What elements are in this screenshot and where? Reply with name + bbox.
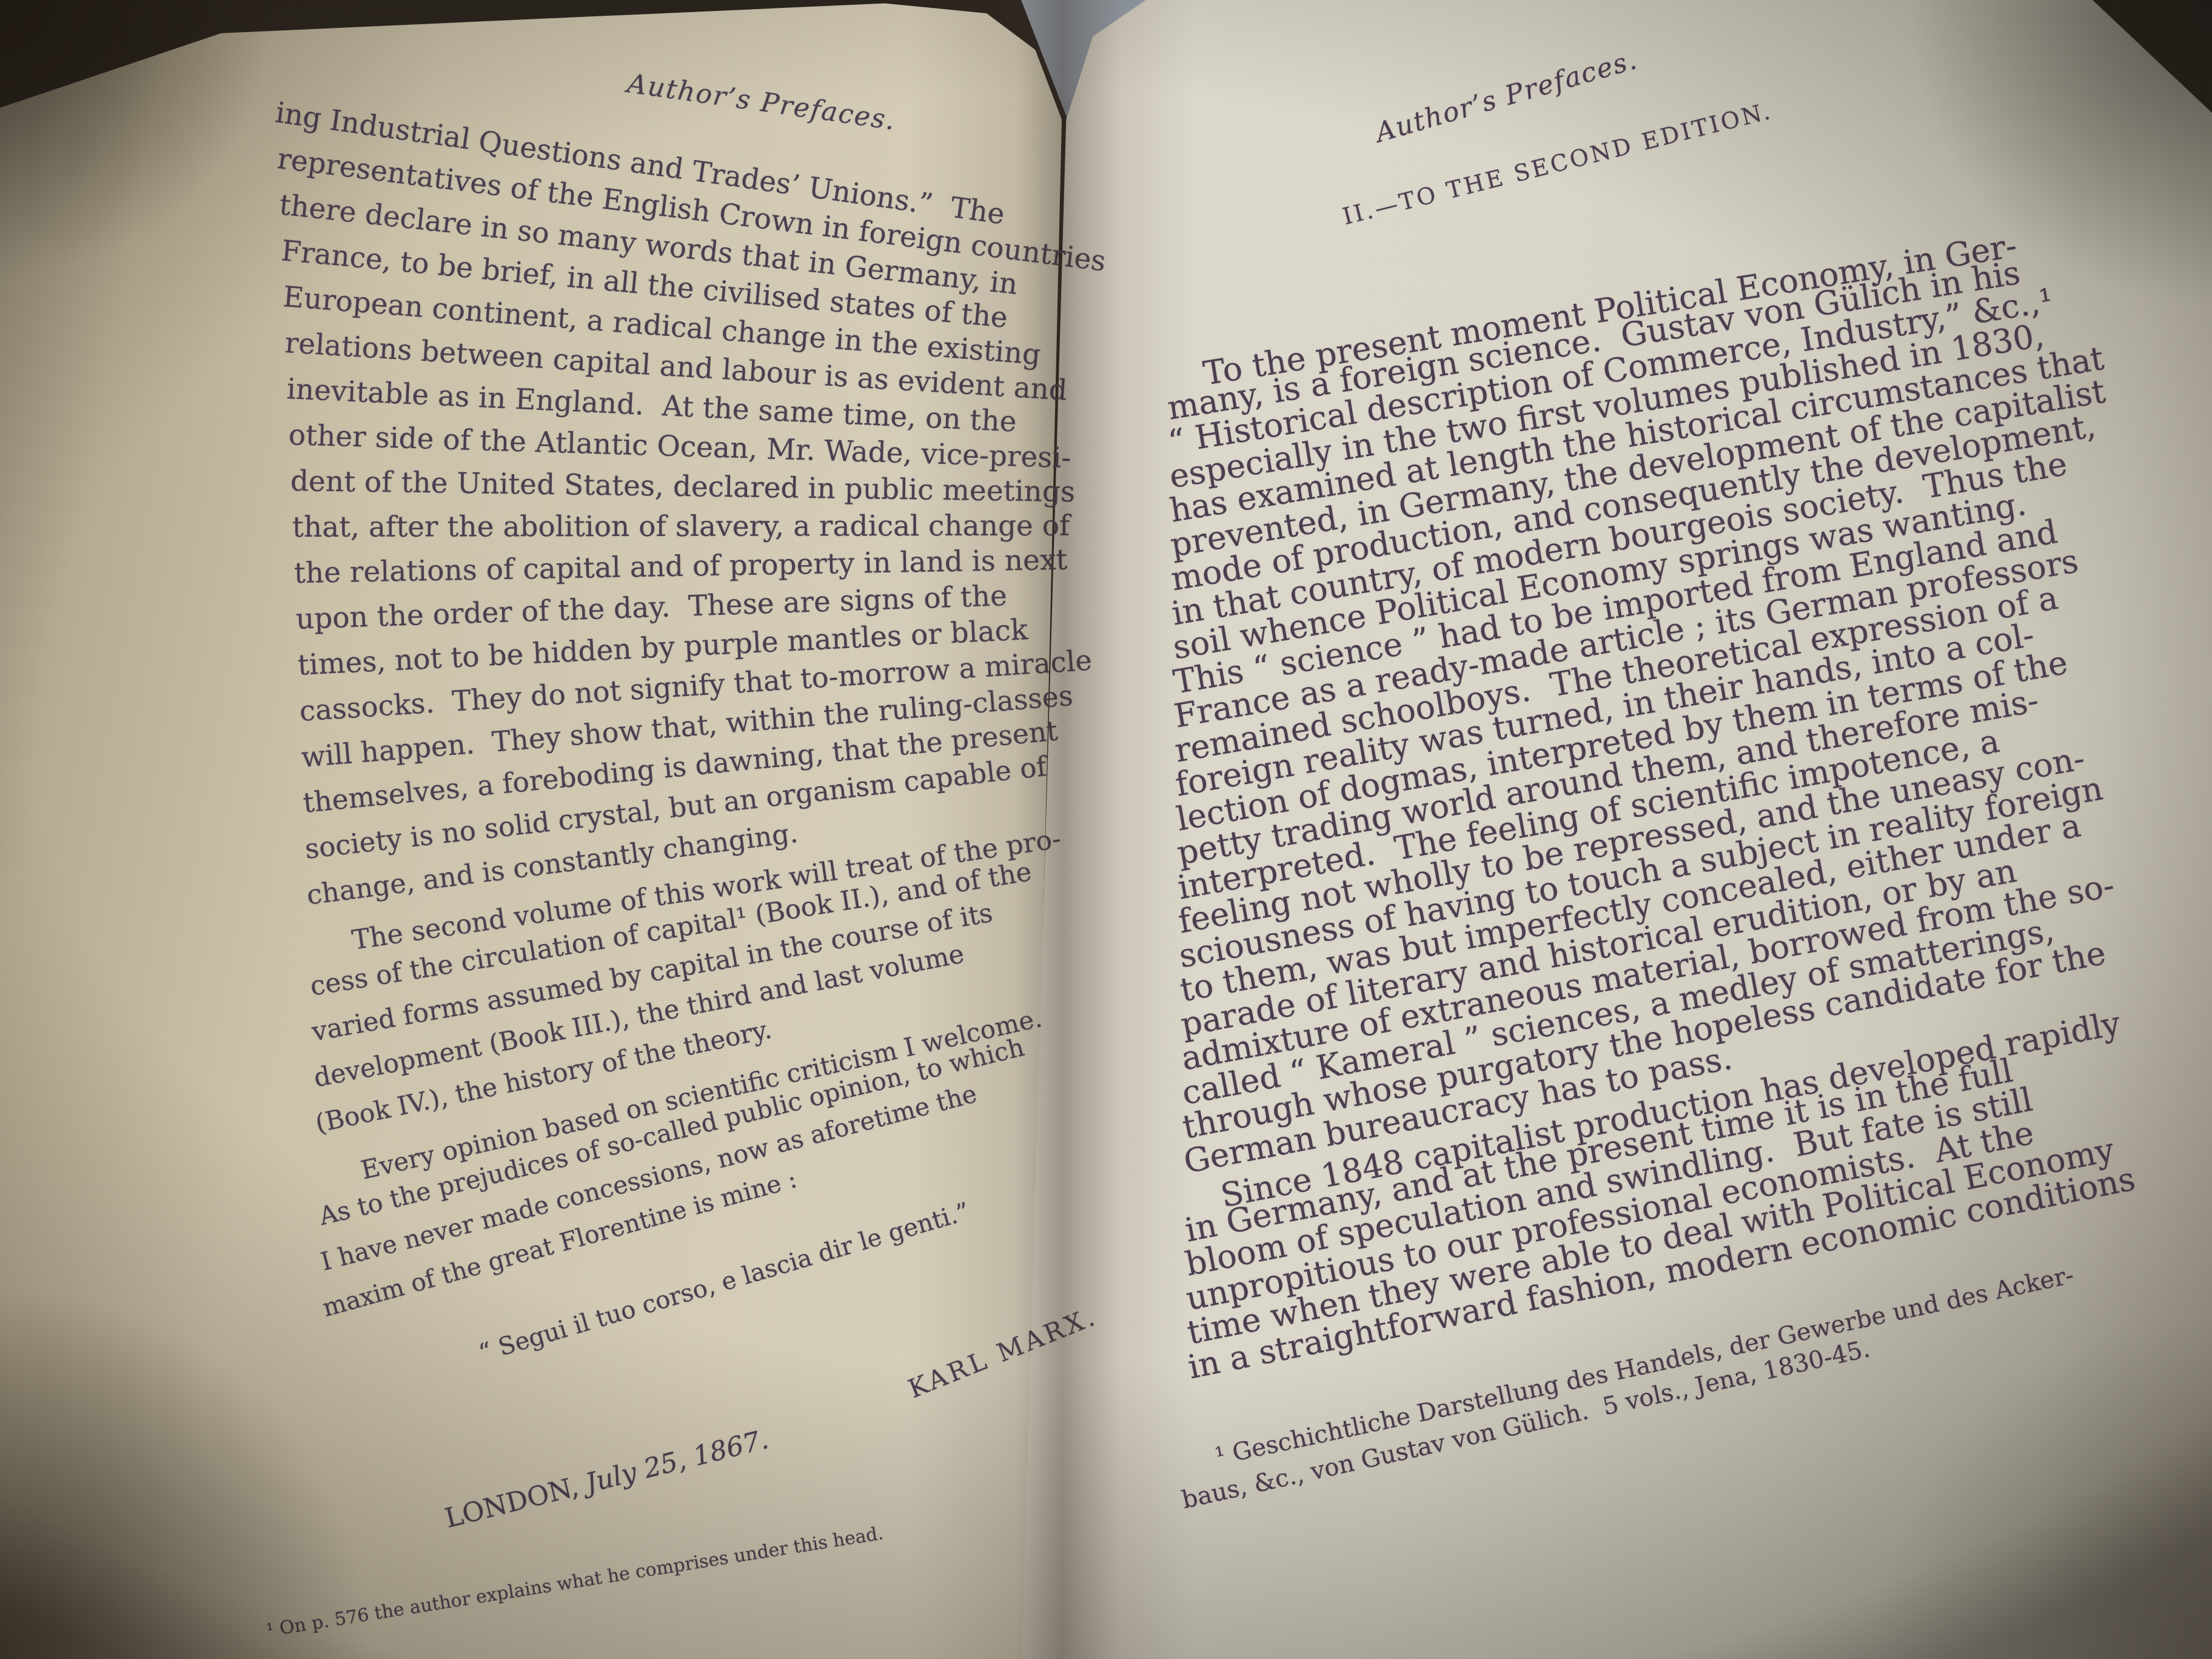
text-line: that, after the abolition of slavery, a … (292, 509, 1070, 544)
book-photo: Author’s Prefaces. ing Industrial Questi… (0, 0, 2212, 1659)
